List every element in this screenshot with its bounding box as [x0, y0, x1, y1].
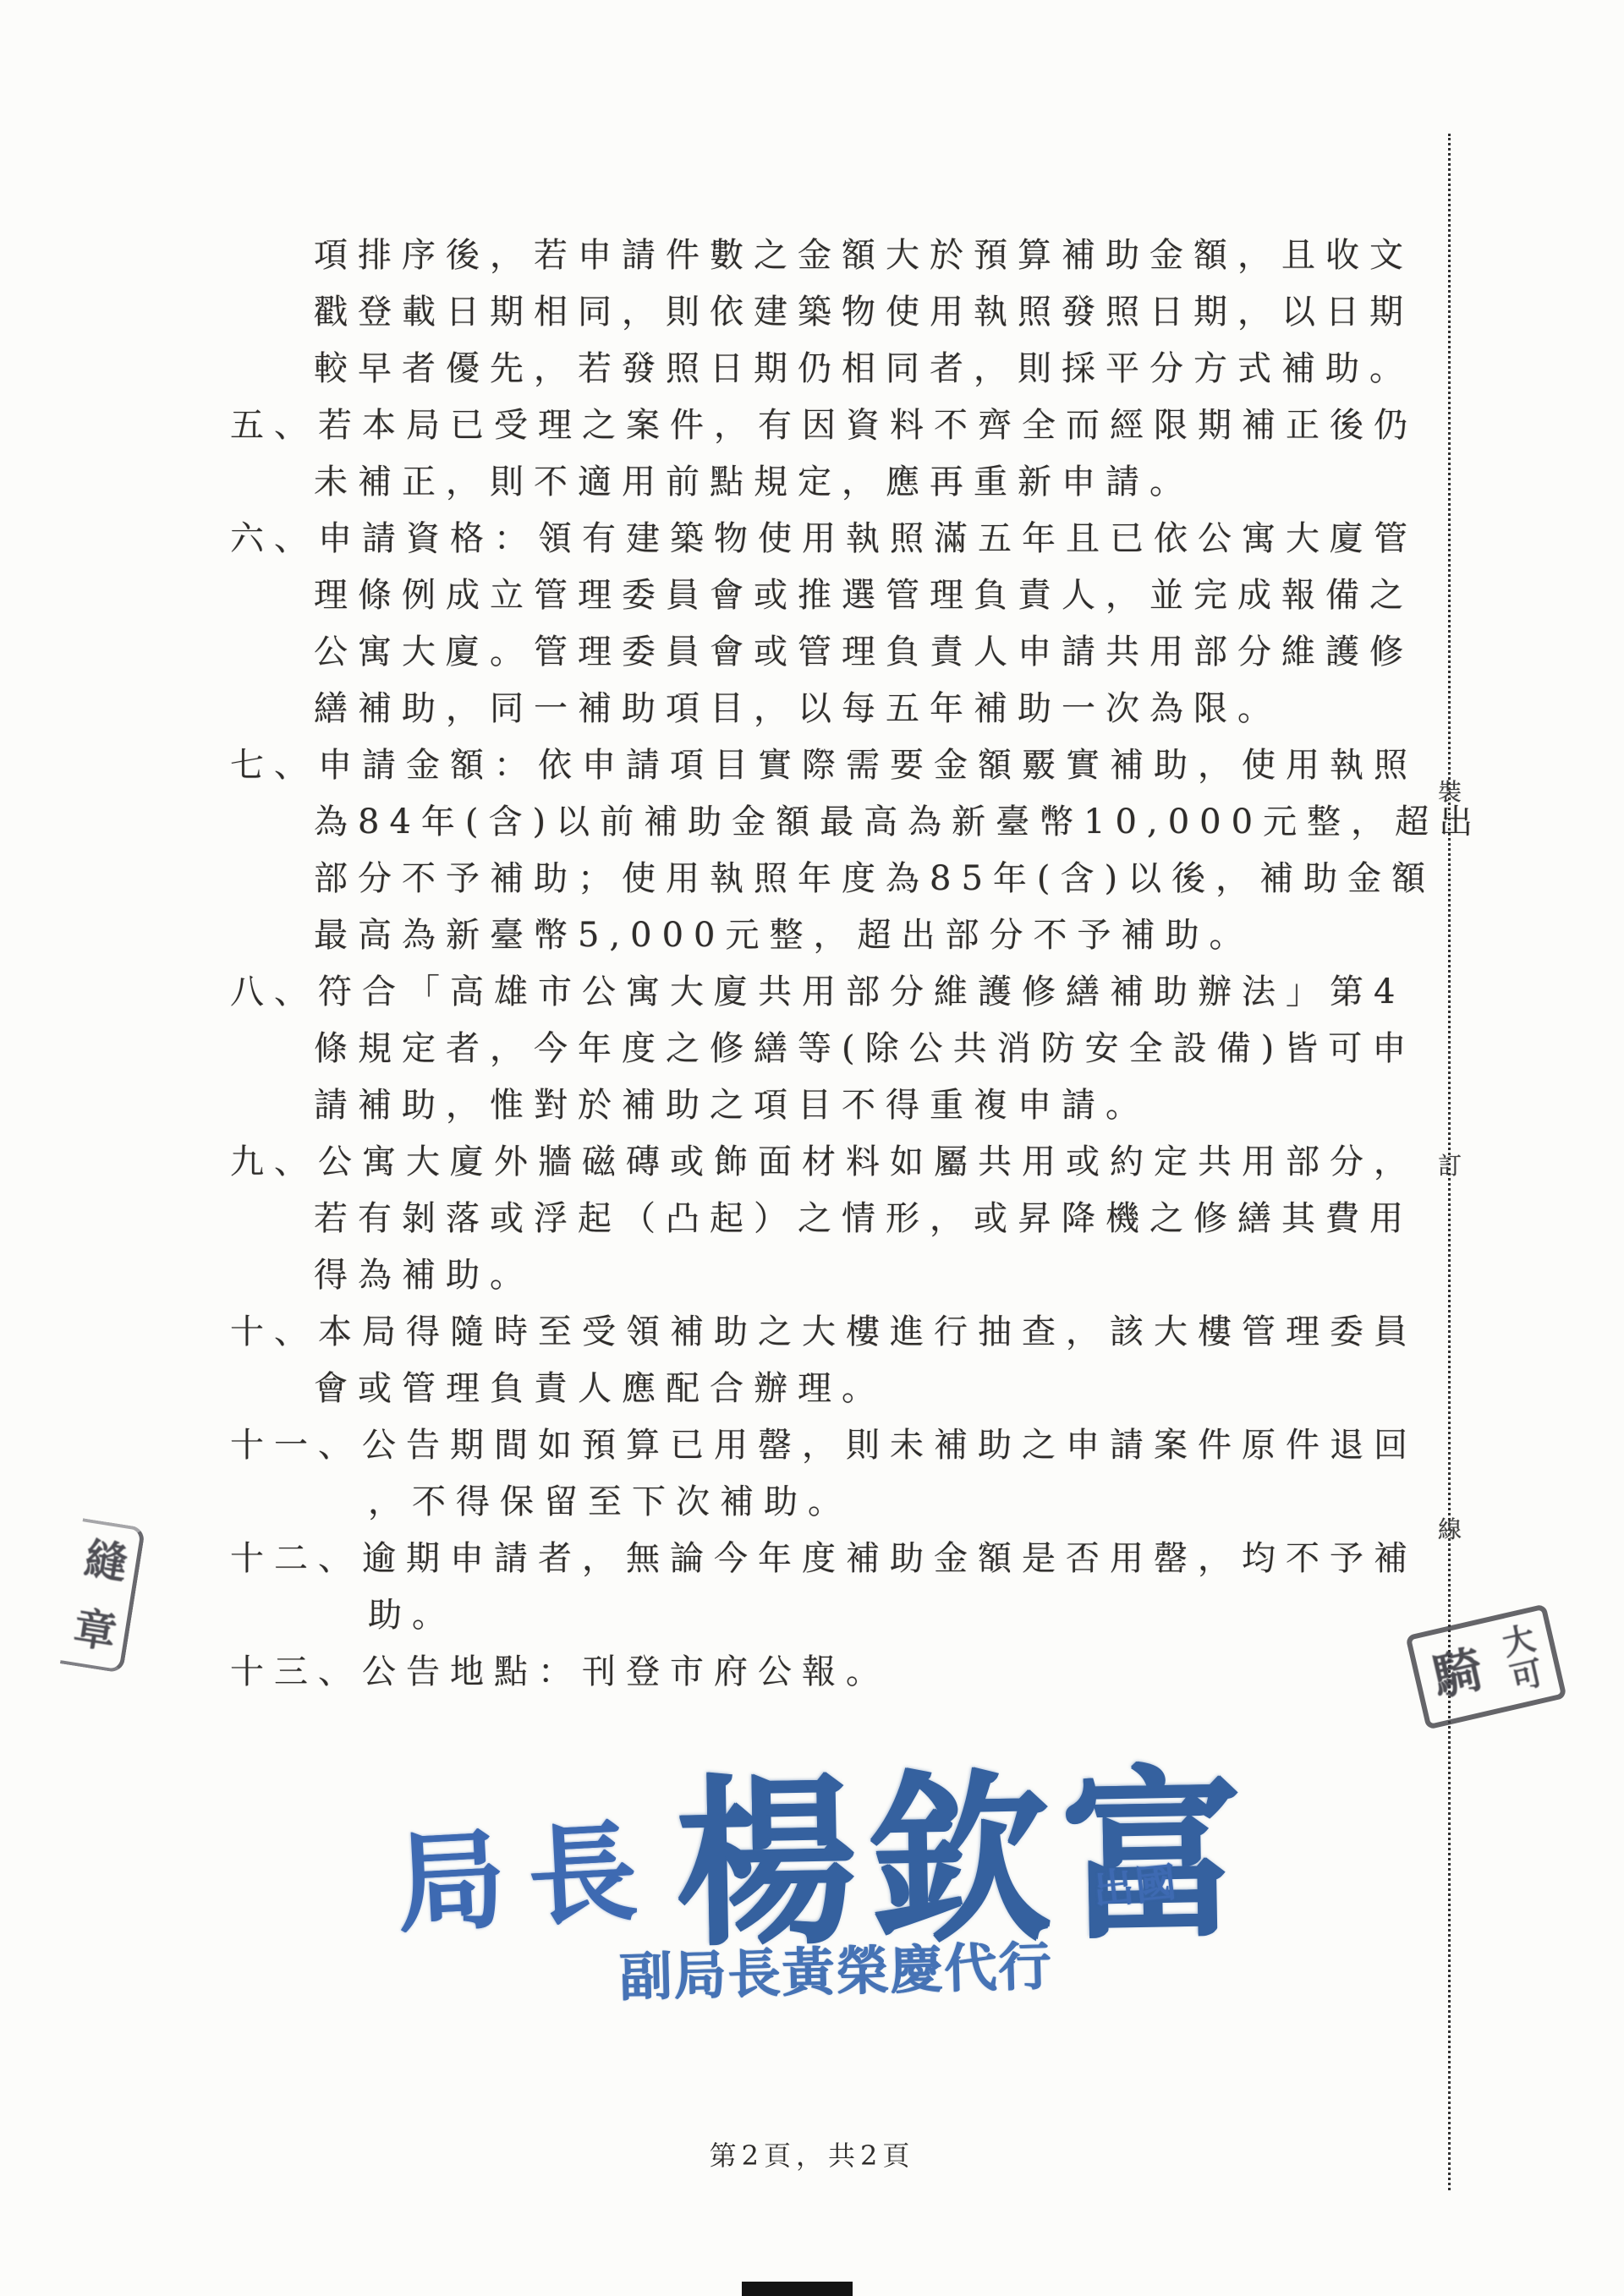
body-line: 十一、公告期間如預算已用罄，則未補助之申請案件原件退回 — [230, 1425, 1418, 1466]
seal-character: 縫 — [82, 1537, 130, 1585]
body-line: 得為補助。 — [314, 1255, 534, 1296]
body-line: 八、符合「高雄市公寓大廈共用部分維護修繕補助辦法」第4 — [230, 972, 1405, 1012]
body-line: 六、申請資格：領有建築物使用執照滿五年且已依公寓大廈管 — [230, 518, 1418, 559]
body-line: 九、公寓大廈外牆磁磚或飾面材料如屬共用或約定共用部分， — [230, 1142, 1418, 1182]
body-line: 較早者優先，若發照日期仍相同者，則採平分方式補助。 — [314, 348, 1413, 389]
body-line: 為84年(含)以前補助金額最高為新臺幣10,000元整，超出 — [314, 802, 1483, 842]
binding-mark-xian: 線 — [1435, 1511, 1464, 1545]
binding-mark-ding: 訂 — [1435, 1148, 1464, 1181]
right-binding-seal: 騎 大 可 — [1405, 1603, 1566, 1729]
seal-character: 章 — [71, 1606, 119, 1654]
scanned-document-page: 項排序後，若申請件數之金額大於預算補助金額，且收文 戳登載日期相同，則依建築物使… — [0, 0, 1624, 2296]
deputy-director-acting-note: 副局長黃榮慶代行 — [618, 1924, 1053, 2010]
body-line: 公寓大廈。管理委員會或管理負責人申請共用部分維護修 — [314, 632, 1413, 672]
director-title-stamp: 局長 — [392, 1784, 663, 1954]
body-line: 未補正，則不適用前點規定，應再重新申請。 — [314, 462, 1193, 502]
body-line: 若有剝落或浮起（凸起）之情形，或昇降機之修繕其費用 — [314, 1198, 1413, 1239]
body-line: 七、申請金額：依申請項目實際需要金額覈實補助，使用執照 — [230, 745, 1418, 786]
body-line: 助。 — [368, 1595, 456, 1636]
body-line: 部分不予補助；使用執照年度為85年(含)以後，補助金額 — [314, 858, 1435, 899]
left-half-page-seal: 縫 章 — [60, 1518, 145, 1674]
body-line: 理條例成立管理委員會或推選管理負責人，並完成報備之 — [314, 575, 1413, 616]
body-line: 條規定者，今年度之修繕等(除公共消防安全設備)皆可申 — [314, 1028, 1416, 1069]
body-line: 戳登載日期相同，則依建築物使用執照發照日期，以日期 — [314, 292, 1413, 332]
body-line: ，不得保留至下次補助。 — [368, 1482, 852, 1522]
seal-character-column: 大 可 — [1499, 1620, 1546, 1696]
seal-character: 可 — [1507, 1655, 1546, 1696]
seal-character: 騎 — [1429, 1644, 1488, 1703]
abroad-annotation: 出國 — [1090, 1849, 1181, 1916]
body-line: 最高為新臺幣5,000元整，超出部分不予補助。 — [314, 915, 1254, 956]
body-line: 十三、公告地點：刊登市府公報。 — [230, 1652, 890, 1692]
body-line: 十、本局得隨時至受領補助之大樓進行抽查，該大樓管理委員 — [230, 1312, 1418, 1352]
scan-artifact-bar — [742, 2282, 853, 2296]
body-line: 五、若本局已受理之案件，有因資料不齊全而經限期補正後仍 — [230, 405, 1418, 446]
body-line: 十二、逾期申請者，無論今年度補助金額是否用罄，均不予補 — [230, 1538, 1418, 1579]
page-number-footer: 第2頁，共2頁 — [0, 2134, 1624, 2173]
body-line: 請補助，惟對於補助之項目不得重複申請。 — [314, 1085, 1149, 1126]
body-line: 繕補助，同一補助項目，以每五年補助一次為限。 — [314, 688, 1281, 729]
body-line: 會或管理負責人應配合辦理。 — [314, 1368, 886, 1409]
body-line: 項排序後，若申請件數之金額大於預算補助金額，且收文 — [314, 235, 1413, 276]
binding-mark-zhuang: 裝 — [1435, 774, 1464, 808]
